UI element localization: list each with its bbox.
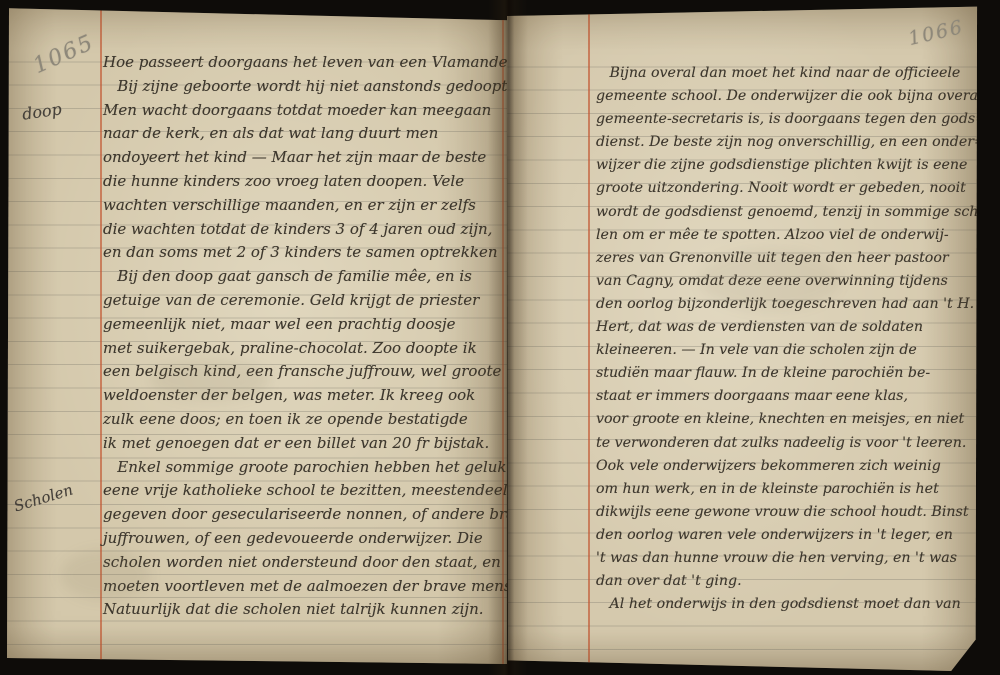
- handwritten-line: studiën maar flauw. In de kleine parochi…: [596, 362, 976, 385]
- handwritten-line: moeten voortleven met de aalmoezen der b…: [103, 575, 503, 599]
- handwritten-line: wordt de godsdienst genoemd, tenzij in s…: [596, 201, 976, 224]
- handwritten-line: den oorlog waren vele onderwijzers in 't…: [596, 524, 976, 547]
- handwritten-text-right: Bijna overal dan moet het kind naar de o…: [596, 62, 976, 616]
- handwritten-line: 't was dan hunne vrouw die hen verving, …: [596, 547, 976, 570]
- handwritten-line: om hun werk, en in de kleinste parochiën…: [596, 478, 976, 501]
- manuscript-spread: Hoe passeert doorgaans het leven van een…: [0, 0, 1000, 675]
- handwritten-line: ondoyeert het kind — Maar het zijn maar …: [103, 146, 503, 170]
- handwritten-line: Bij zijne geboorte wordt hij niet aansto…: [103, 75, 503, 99]
- handwritten-line: zulk eene doos; en toen ik ze opende bes…: [103, 408, 503, 432]
- handwritten-line: een belgisch kind, een fransche juffrouw…: [103, 360, 503, 384]
- handwritten-line: eene vrije katholieke school te bezitten…: [103, 479, 503, 503]
- handwritten-line: gemeente-secretaris is, is doorgaans teg…: [596, 108, 976, 131]
- handwritten-line: Men wacht doorgaans totdat moeder kan me…: [103, 99, 503, 123]
- handwritten-line: dienst. De beste zijn nog onverschillig,…: [596, 131, 976, 154]
- handwritten-line: zeres van Grenonville uit tegen den heer…: [596, 247, 976, 270]
- handwritten-line: ik met genoegen dat er een billet van 20…: [103, 432, 503, 456]
- handwritten-line: kleineeren. — In vele van die scholen zi…: [596, 339, 976, 362]
- handwritten-line: Hoe passeert doorgaans het leven van een…: [103, 51, 503, 75]
- handwritten-line: gemeente school. De onderwijzer die ook …: [596, 85, 976, 108]
- handwritten-line: dan over dat 't ging.: [596, 570, 976, 593]
- right-page: Bijna overal dan moet het kind naar de o…: [507, 4, 978, 671]
- handwritten-line: Natuurlijk dat die scholen niet talrijk …: [103, 598, 503, 622]
- handwritten-line: gemeenlijk niet, maar wel een prachtig d…: [103, 313, 503, 337]
- red-margin-line: [100, 3, 102, 666]
- handwritten-line: Bij den doop gaat gansch de familie mêe,…: [103, 265, 503, 289]
- handwritten-line: met suikergebak, praline-chocolat. Zoo d…: [103, 337, 503, 361]
- handwritten-line: gegeven door geseculariseerde nonnen, of…: [103, 503, 503, 527]
- handwritten-line: Al het onderwijs in den godsdienst moet …: [596, 593, 976, 616]
- handwritten-line: len om er mêe te spotten. Alzoo viel de …: [596, 224, 976, 247]
- handwritten-line: groote uitzondering. Nooit wordt er gebe…: [596, 177, 976, 200]
- handwritten-line: die hunne kinders zoo vroeg laten doopen…: [103, 170, 503, 194]
- handwritten-line: Hert, dat was de verdiensten van de sold…: [596, 316, 976, 339]
- handwritten-line: Ook vele onderwijzers bekommeren zich we…: [596, 455, 976, 478]
- handwritten-line: Bijna overal dan moet het kind naar de o…: [596, 62, 976, 85]
- handwritten-line: voor groote en kleine, knechten en meisj…: [596, 408, 976, 431]
- handwritten-line: juffrouwen, of een gedevoueerde onderwij…: [103, 527, 503, 551]
- handwritten-line: die wachten totdat de kinders 3 of 4 jar…: [103, 218, 503, 242]
- handwritten-line: wachten verschillige maanden, en er zijn…: [103, 194, 503, 218]
- handwritten-line: staat er immers doorgaans maar eene klas…: [596, 385, 976, 408]
- left-page: Hoe passeert doorgaans het leven van een…: [6, 3, 507, 666]
- red-margin-line: [588, 4, 590, 671]
- handwritten-line: naar de kerk, en als dat wat lang duurt …: [103, 122, 503, 146]
- handwritten-line: den oorlog bijzonderlijk toegeschreven h…: [596, 293, 976, 316]
- handwritten-line: weldoenster der belgen, was meter. Ik kr…: [103, 384, 503, 408]
- handwritten-line: getuige van de ceremonie. Geld krijgt de…: [103, 289, 503, 313]
- handwritten-line: wijzer die zijne godsdienstige plichten …: [596, 154, 976, 177]
- handwritten-line: van Cagny, omdat deze eene overwinning t…: [596, 270, 976, 293]
- handwritten-line: Enkel sommige groote parochien hebben he…: [103, 456, 503, 480]
- handwritten-line: dikwijls eene gewone vrouw die school ho…: [596, 501, 976, 524]
- handwritten-line: scholen worden niet ondersteund door den…: [103, 551, 503, 575]
- handwritten-line: en dan soms met 2 of 3 kinders te samen …: [103, 241, 503, 265]
- handwritten-line: te verwonderen dat zulks nadeelig is voo…: [596, 432, 976, 455]
- handwritten-text-left: Hoe passeert doorgaans het leven van een…: [103, 51, 503, 622]
